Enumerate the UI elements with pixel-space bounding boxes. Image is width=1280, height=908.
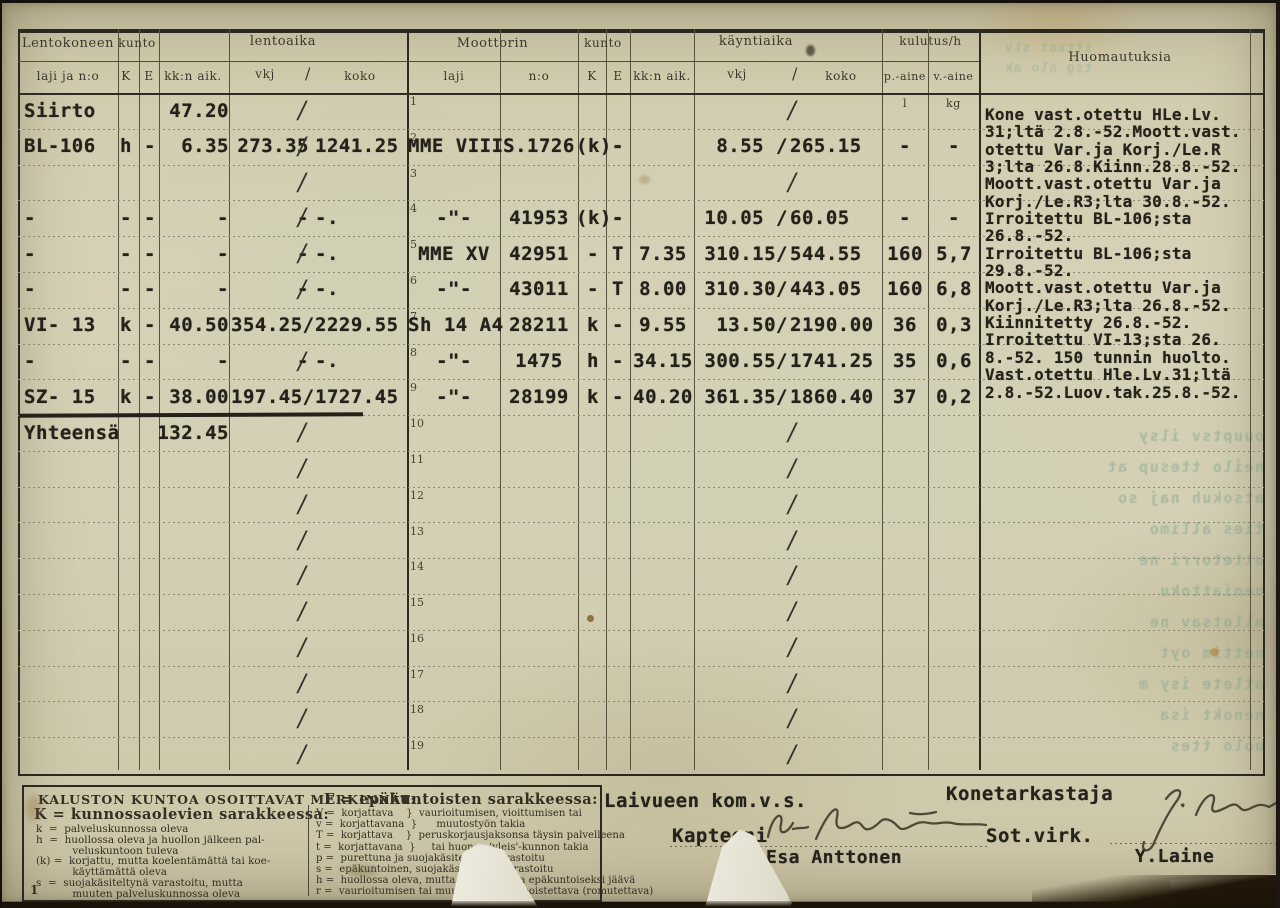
scanned-document: ittxot slvtsg nlo ak ouuptsv ilsyneilo t… (0, 0, 1280, 908)
cell-p: - (884, 209, 926, 228)
row-number: 12 (410, 490, 424, 501)
remark-line: Irroitettu VI-13;sta 26. (985, 331, 1280, 348)
remark-line: 2.8.-52.Luov.tak.25.8.-52. (985, 384, 1280, 401)
legend-line: V = korjattava } vaurioitumisen, vioittu… (316, 808, 653, 819)
row-line (18, 558, 1264, 559)
row-number: 10 (410, 418, 424, 429)
cell-mKk: 34.15 (630, 352, 696, 371)
scan-edge (1276, 0, 1280, 908)
cell-mNo: 28199 (500, 388, 578, 407)
col-header-aircraft-kunto: kunto (112, 36, 162, 50)
cell-mK: - (576, 245, 610, 264)
legend-line: v = korjattavana } muutostyön takia (316, 819, 653, 830)
col-header-aircraft: Lentokoneen (18, 36, 118, 51)
cell-aK: k (114, 316, 138, 335)
legend-e-header: E = epäkuntoisten sarakkeessa: (324, 791, 598, 808)
cell-aKoko: -. (315, 245, 407, 264)
stain-speck (639, 175, 650, 184)
remarks-block: Kone vast.otettu HLe.Lv.31;ltä 2.8.-52.M… (985, 106, 1280, 401)
row-line (18, 594, 1264, 595)
row-line (18, 701, 1264, 702)
cell-aKk: 38.00 (157, 388, 229, 407)
cell-v: - (930, 137, 978, 156)
cell-mL: Sh 14 A4 (408, 316, 500, 335)
cell-mL: MME VIII (408, 137, 500, 156)
cell-v: 5,7 (930, 245, 978, 264)
row-line (18, 93, 1264, 95)
column-line (979, 29, 981, 770)
cell-mE: - (608, 209, 628, 228)
row-number: 17 (410, 669, 424, 680)
remark-line: 31;ltä 2.8.-52.Moott.vast. (985, 123, 1280, 140)
cell-mKk: 8.00 (630, 280, 696, 299)
cell-mVkj: 10.05 / (694, 209, 788, 228)
subheader-a-slash: / (301, 64, 315, 83)
handwritten-signature-anttonen (760, 799, 996, 851)
row-number: 14 (410, 561, 424, 572)
scan-background-strip (2, 901, 1280, 908)
cell-aKk: 40.50 (157, 316, 229, 335)
cell-aL: - (24, 245, 118, 264)
column-line (229, 29, 230, 770)
legend-line: T = korjattava } peruskorjausjaksonsa tä… (316, 830, 653, 841)
cell-aKoko: -. (315, 352, 407, 371)
cell-v: 0,3 (930, 316, 978, 335)
cell-aL: VI- 13 (24, 316, 118, 335)
column-line (928, 29, 929, 770)
column-line (139, 29, 140, 770)
typed-name-anttonen: Esa Anttonen (766, 849, 902, 867)
cell-mE: - (608, 352, 628, 371)
remark-line: Korj./Le.R3;lta 26.8.-52. (985, 297, 1280, 314)
row-line (18, 522, 1264, 523)
cell-p: - (884, 137, 926, 156)
cell-mE: - (608, 388, 628, 407)
cell-mKoko: 443.05 (790, 280, 888, 299)
cell-v: - (930, 209, 978, 228)
cell-aK: - (114, 280, 138, 299)
cell-mVkj: 310.30/ (694, 280, 788, 299)
cell-mK: k (576, 316, 610, 335)
cell-aKoko: -. (315, 209, 407, 228)
document-paper: ittxot slvtsg nlo ak ouuptsv ilsyneilo t… (2, 3, 1276, 902)
cell-mVkj: 361.35/ (694, 388, 788, 407)
remark-line: Vast.otettu Hle.Lv.31;ltä (985, 366, 1280, 383)
ink-blot (806, 45, 815, 56)
cell-mKk: 7.35 (630, 245, 696, 264)
cell-mE: T (608, 280, 628, 299)
row-number: 13 (410, 526, 424, 537)
cell-mKoko: 2190.00 (790, 316, 888, 335)
remark-line: Moott.vast.otettu Var.ja (985, 175, 1280, 192)
cell-mNo: 28211 (500, 316, 578, 335)
cell-aK: h (114, 137, 138, 156)
cell-aL: BL-106 (24, 137, 118, 156)
cell-mNo: 41953 (500, 209, 578, 228)
stain-speck (587, 615, 594, 622)
subheader-m-K: K (578, 69, 606, 83)
legend-corner-mark: 1 (30, 883, 38, 897)
subheader-a-K: K (114, 69, 138, 83)
row-line (18, 61, 979, 62)
remark-line: Irroitettu BL-106;sta (985, 210, 1280, 227)
subheader-m-slash: / (788, 64, 802, 83)
cell-mE: - (608, 316, 628, 335)
remark-line: Kone vast.otettu HLe.Lv. (985, 106, 1280, 123)
cell-mL: -"- (408, 209, 500, 228)
cell-aK: - (114, 209, 138, 228)
subheader-a-vkj: vkj (229, 67, 301, 81)
cell-aL: SZ- 15 (24, 388, 118, 407)
remark-line: Moott.vast.otettu Var.ja (985, 279, 1280, 296)
unit-litre: l (882, 97, 928, 110)
cell-mVkj: 8.55 / (694, 137, 788, 156)
cell-v: 6,8 (930, 280, 978, 299)
subheader-a-kk: kk:n aik. (157, 69, 229, 83)
cell-aKk: - (157, 245, 229, 264)
cell-aVkj: 354.25/ (231, 316, 309, 335)
row-number: 16 (410, 633, 424, 644)
cell-aK: - (114, 352, 138, 371)
cell-mE: - (608, 137, 628, 156)
unit-kg: kg (928, 97, 979, 110)
row-line (18, 666, 1264, 667)
cell-mKk: 40.20 (630, 388, 696, 407)
cell-aKk: 132.45 (157, 424, 229, 443)
cell-aKoko: 1727.45 (315, 388, 407, 407)
cell-p: 160 (884, 280, 926, 299)
cell-mVkj: 13.50/ (694, 316, 788, 335)
cell-mKoko: 544.55 (790, 245, 888, 264)
rank-sotvirk: Sot.virk. (986, 827, 1093, 846)
cell-mL: MME XV (408, 245, 500, 264)
cell-mL: -"- (408, 388, 500, 407)
row-line (18, 487, 1264, 488)
row-number: 1 (410, 96, 417, 107)
cell-mNo: S.1726 (500, 137, 578, 156)
col-header-kulutus: kulutus/h (882, 34, 979, 48)
cell-mK: (k)- (576, 137, 610, 156)
cell-v: 0,2 (930, 388, 978, 407)
cell-mKoko: 265.15 (790, 137, 888, 156)
remark-line: Kiinnitetty 26.8.-52. (985, 314, 1280, 331)
cell-mKk: 9.55 (630, 316, 696, 335)
cell-aKk: - (157, 352, 229, 371)
remark-line: otettu Var.ja Korj./Le.R (985, 141, 1280, 158)
cell-aKk: - (157, 280, 229, 299)
cell-mKoko: 1741.25 (790, 352, 888, 371)
cell-aL: - (24, 280, 118, 299)
subheader-m-laji: laji (408, 69, 500, 83)
handwritten-signature-laine (1130, 783, 1280, 859)
remark-line: 3;lta 26.8.Kiinn.28.8.-52. (985, 158, 1280, 175)
row-line (18, 737, 1264, 738)
col-header-moottori: Moottorin (407, 36, 578, 51)
row-number: 3 (410, 168, 417, 179)
scan-edge (0, 0, 2, 908)
cell-aKk: 47.20 (157, 102, 229, 121)
remark-line: Irroitettu BL-106;sta (985, 245, 1280, 262)
row-number: 11 (410, 454, 424, 465)
cell-mK: h (576, 352, 610, 371)
cell-aL: Yhteensä (24, 424, 118, 443)
legend-divider (308, 805, 309, 896)
cell-mKoko: 60.05 (790, 209, 888, 228)
cell-mNo: 1475 (500, 352, 578, 371)
cell-aKoko: 1241.25 (315, 137, 407, 156)
stain-speck (1210, 648, 1219, 656)
remark-line: 29.8.-52. (985, 262, 1280, 279)
legend-line: h = huollossa oleva ja huollon jälkeen p… (36, 835, 270, 846)
subheader-m-vkj: vkj (694, 67, 780, 81)
cell-p: 36 (884, 316, 926, 335)
subheader-m-kk: kk:n aik. (630, 69, 694, 83)
legend-line: muuten palveluskunnossa oleva (36, 889, 270, 900)
cell-p: 35 (884, 352, 926, 371)
col-header-lentoaika: lentoaika (159, 34, 407, 49)
row-line (18, 630, 1264, 631)
cell-mVkj: 300.55/ (694, 352, 788, 371)
col-header-moottori-kunto: kunto (576, 36, 630, 50)
cell-p: 160 (884, 245, 926, 264)
legend-k-header: K = kunnossaolevien sarakkeessa: (34, 806, 329, 823)
stain-smudge (26, 795, 42, 821)
cell-aL: - (24, 352, 118, 371)
legend-k-lines: k = palveluskunnossa olevah = huollossa … (36, 824, 270, 900)
subheader-a-koko: koko (315, 69, 405, 83)
cell-mNo: 42951 (500, 245, 578, 264)
remark-line: 26.8.-52. (985, 227, 1280, 244)
col-header-kayntiaika: käyntiaika (630, 34, 882, 49)
cell-aK: - (114, 245, 138, 264)
subheader-a-E: E (139, 69, 159, 83)
cell-mVkj: 310.15/ (694, 245, 788, 264)
cell-aKoko: -. (315, 280, 407, 299)
cell-aVkj: 197.45/ (231, 388, 309, 407)
row-line (18, 451, 1264, 452)
stain-smudge (347, 865, 377, 877)
cell-aKk: 6.35 (157, 137, 229, 156)
cell-mL: -"- (408, 280, 500, 299)
subheader-m-E: E (606, 69, 630, 83)
remark-line: Korj./Le.R3;lta 30.8.-52. (985, 193, 1280, 210)
row-number: 15 (410, 597, 424, 608)
remark-line: 8.-52. 150 tunnin huolto. (985, 349, 1280, 366)
cell-v: 0,6 (930, 352, 978, 371)
col-header-huomautuksia: Huomautuksia (979, 50, 1261, 65)
cell-aKk: - (157, 209, 229, 228)
cell-mL: -"- (408, 352, 500, 371)
cell-mK: (k)- (576, 209, 610, 228)
row-number: 19 (410, 740, 424, 751)
scan-edge (0, 0, 1280, 3)
cell-mNo: 43011 (500, 280, 578, 299)
cell-aKoko: 2229.55 (315, 316, 407, 335)
subheader-laji-ja-no: laji ja n:o (18, 69, 118, 83)
cell-mE: T (608, 245, 628, 264)
cell-mK: k (576, 388, 610, 407)
subheader-v-aine: v.-aine (928, 70, 979, 83)
cell-mK: - (576, 280, 610, 299)
cell-aL: Siirto (24, 102, 118, 121)
cell-aK: k (114, 388, 138, 407)
cell-mKoko: 1860.40 (790, 388, 888, 407)
row-number: 18 (410, 704, 424, 715)
cell-p: 37 (884, 388, 926, 407)
subheader-p-aine: p.-aine (882, 70, 928, 83)
cell-aL: - (24, 209, 118, 228)
subheader-m-koko: koko (802, 69, 880, 83)
subheader-m-no: n:o (500, 69, 578, 83)
